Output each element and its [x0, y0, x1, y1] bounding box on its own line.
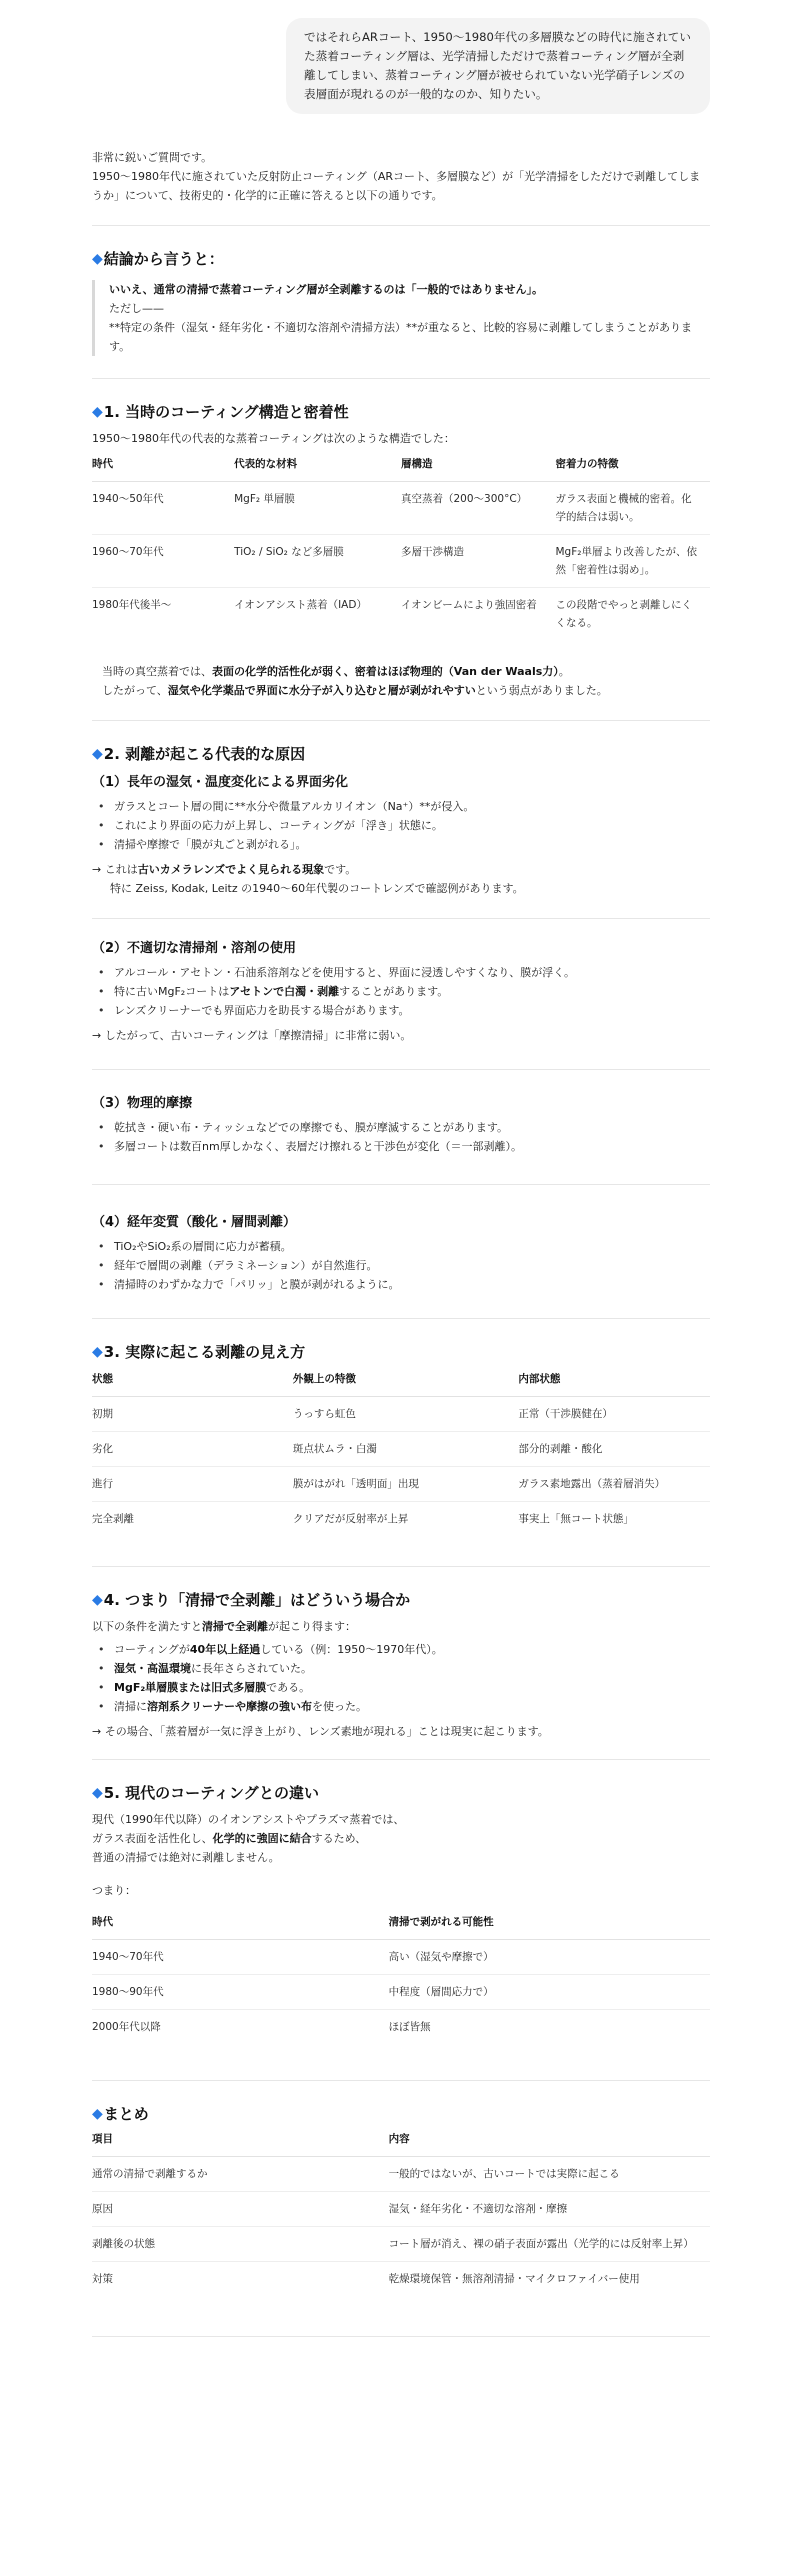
diamond-icon: ◆	[92, 1782, 103, 1804]
cause-1-arrow: → これは古いカメラレンズでよく見られる現象です。	[92, 860, 710, 879]
summary-section: ◆ まとめ 項目 内容 通常の清掃で剥離するか一般的ではないが、古いコートでは実…	[92, 2103, 710, 2296]
user-message-row: ではそれらARコート、1950〜1980年代の多層膜などの時代に施されていた蒸着…	[0, 18, 792, 114]
section-heading: ◆ 5. 現代のコーティングとの違い	[92, 1782, 710, 1804]
table-row: 完全剥離クリアだが反射率が上昇事実上「無コート状態」	[92, 1502, 710, 1537]
table-row: 1980年代後半〜 イオンアシスト蒸着（IAD） イオンビームにより強固密着 こ…	[92, 588, 710, 641]
list-item: 乾拭き・硬い布・ティッシュなどでの摩擦でも、膜が摩滅することがあります。	[92, 1118, 710, 1137]
cause-3-list: 乾拭き・硬い布・ティッシュなどでの摩擦でも、膜が摩滅することがあります。 多層コ…	[92, 1118, 710, 1156]
divider	[92, 720, 710, 721]
section-1-notes: 当時の真空蒸着では、表面の化学的活性化が弱く、密着はほぼ物理的（Van der …	[92, 662, 710, 700]
table-row: 対策乾燥環境保管・無溶剤清掃・マイクロファイバー使用	[92, 2262, 710, 2297]
table-row: 進行膜がはがれ「透明面」出現ガラス素地露出（蒸着層消失）	[92, 1467, 710, 1502]
list-item: これにより界面の応力が上昇し、コーティングが「浮き」状態に。	[92, 816, 710, 835]
user-message-bubble: ではそれらARコート、1950〜1980年代の多層膜などの時代に施されていた蒸着…	[286, 18, 710, 114]
section-2: ◆ 2. 剥離が起こる代表的な原因 （1）長年の湿気・温度変化による界面劣化 ガ…	[92, 743, 710, 1294]
section-5-line-1: 現代（1990年代以降）のイオンアシストやプラズマ蒸着では、	[92, 1810, 710, 1829]
section-1-note-1: 当時の真空蒸着では、表面の化学的活性化が弱く、密着はほぼ物理的（Van der …	[102, 662, 710, 681]
conditions-list: コーティングが40年以上経過している（例：1950〜1970年代）。 湿気・高温…	[92, 1640, 710, 1716]
intro-line-2: 1950〜1980年代に施されていた反射防止コーティング（ARコート、多層膜など…	[92, 167, 710, 205]
section-heading: ◆ まとめ	[92, 2103, 710, 2125]
list-item: MgF₂単層膜または旧式多層膜である。	[92, 1678, 710, 1697]
table-row: 剥離後の状態コート層が消え、裸の硝子表面が露出（光学的には反射率上昇）	[92, 2227, 710, 2262]
table-row: 2000年代以降ほぼ皆無	[92, 2010, 710, 2045]
divider	[92, 1318, 710, 1319]
divider	[92, 225, 710, 226]
divider	[92, 918, 710, 919]
diamond-icon: ◆	[92, 401, 103, 423]
summary-table: 項目 内容 通常の清掃で剥離するか一般的ではないが、古いコートでは実際に起こる …	[92, 2127, 710, 2296]
subsection-heading: （3）物理的摩擦	[92, 1094, 710, 1114]
diamond-icon: ◆	[92, 743, 103, 765]
table-row: 劣化斑点状ムラ・白濁部分的剥離・酸化	[92, 1432, 710, 1467]
subsection-heading: （2）不適切な清掃剤・溶剤の使用	[92, 939, 710, 959]
table-row: 1960〜70年代 TiO₂ / SiO₂ など多層膜 多層干渉構造 MgF₂単…	[92, 535, 710, 588]
conclusion-line-3: **特定の条件（湿気・経年劣化・不適切な溶剤や清掃方法）**が重なると、比較的容…	[109, 318, 710, 356]
conclusion-blockquote: いいえ、通常の清掃で蒸着コーティング層が全剥離するのは「一般的ではありません」。…	[92, 280, 710, 356]
section-5-lead: つまり：	[92, 1881, 710, 1900]
section-heading: ◆ 4. つまり「清掃で全剥離」はどういう場合か	[92, 1589, 710, 1611]
section-1: ◆ 1. 当時のコーティング構造と密着性 1950〜1980年代の代表的な蒸着コ…	[92, 401, 710, 700]
section-1-lead: 1950〜1980年代の代表的な蒸着コーティングは次のような構造でした：	[92, 429, 710, 448]
cause-1-note: 特に Zeiss, Kodak, Leitz の1940〜60年代製のコートレン…	[92, 879, 710, 898]
section-heading: ◆ 2. 剥離が起こる代表的な原因	[92, 743, 710, 765]
divider	[92, 2336, 710, 2337]
diamond-icon: ◆	[92, 248, 103, 270]
era-comparison-table: 時代 清掃で剥がれる可能性 1940〜70年代高い（湿気や摩擦で） 1980〜9…	[92, 1910, 710, 2044]
section-5-line-3: 普通の清掃では絶対に剥離しません。	[92, 1848, 710, 1867]
section-1-note-2: したがって、湿気や化学薬品で界面に水分子が入り込むと層が剥がれやすいという弱点が…	[102, 681, 710, 700]
table-row: 1940〜50年代 MgF₂ 単層膜 真空蒸着（200〜300°C） ガラス表面…	[92, 482, 710, 535]
section-4-lead: 以下の条件を満たすと清掃で全剥離が起こり得ます：	[92, 1617, 710, 1636]
list-item: レンズクリーナーでも界面応力を助長する場合があります。	[92, 1001, 710, 1020]
divider	[92, 1184, 710, 1185]
subsection-heading: （1）長年の湿気・温度変化による界面劣化	[92, 773, 710, 793]
section-heading: ◆ 結論から言うと：	[92, 248, 710, 270]
list-item: 特に古いMgF₂コートはアセトンで白濁・剥離することがあります。	[92, 982, 710, 1001]
cause-2-arrow: → したがって、古いコーティングは「摩擦清掃」に非常に弱い。	[92, 1026, 710, 1045]
table-row: 原因湿気・経年劣化・不適切な溶剤・摩擦	[92, 2192, 710, 2227]
list-item: 清掃時のわずかな力で「パリッ」と膜が剥がれるように。	[92, 1275, 710, 1294]
divider	[92, 378, 710, 379]
section-4-arrow: → その場合、「蒸着層が一気に浮き上がり、レンズ素地が現れる」ことは現実に起こり…	[92, 1722, 710, 1741]
section-4: ◆ 4. つまり「清掃で全剥離」はどういう場合か 以下の条件を満たすと清掃で全剥…	[92, 1589, 710, 1741]
diamond-icon: ◆	[92, 1341, 103, 1363]
list-item: 清掃や摩擦で「膜が丸ごと剥がれる」。	[92, 835, 710, 854]
list-item: 多層コートは数百nm厚しかなく、表層だけ擦れると干渉色が変化（＝一部剥離）。	[92, 1137, 710, 1156]
section-3: ◆ 3. 実際に起こる剥離の見え方 状態 外観上の特徴 内部状態 初期うっすら虹…	[92, 1341, 710, 1536]
list-item: TiO₂やSiO₂系の層間に応力が蓄積。	[92, 1237, 710, 1256]
list-item: 湿気・高温環境に長年さらされていた。	[92, 1659, 710, 1678]
assistant-answer: 非常に鋭いご質問です。 1950〜1980年代に施されていた反射防止コーティング…	[92, 148, 710, 2337]
section-heading: ◆ 3. 実際に起こる剥離の見え方	[92, 1341, 710, 1363]
list-item: アルコール・アセトン・石油系溶剤などを使用すると、界面に浸透しやすくなり、膜が浮…	[92, 963, 710, 982]
divider	[92, 1566, 710, 1567]
section-heading: ◆ 1. 当時のコーティング構造と密着性	[92, 401, 710, 423]
divider	[92, 2080, 710, 2081]
conclusion-section: ◆ 結論から言うと： いいえ、通常の清掃で蒸着コーティング層が全剥離するのは「一…	[92, 248, 710, 356]
list-item: 清掃に溶剤系クリーナーや摩擦の強い布を使った。	[92, 1697, 710, 1716]
table-row: 1940〜70年代高い（湿気や摩擦で）	[92, 1940, 710, 1975]
table-row: 1980〜90年代中程度（層間応力で）	[92, 1975, 710, 2010]
coating-structure-table: 時代 代表的な材料 層構造 密着力の特徴 1940〜50年代 MgF₂ 単層膜 …	[92, 452, 710, 640]
table-row: 通常の清掃で剥離するか一般的ではないが、古いコートでは実際に起こる	[92, 2157, 710, 2192]
peeling-appearance-table: 状態 外観上の特徴 内部状態 初期うっすら虹色正常（干渉膜健在） 劣化斑点状ムラ…	[92, 1367, 710, 1536]
section-5: ◆ 5. 現代のコーティングとの違い 現代（1990年代以降）のイオンアシストや…	[92, 1782, 710, 2044]
divider	[92, 1759, 710, 1760]
diamond-icon: ◆	[92, 2103, 103, 2125]
divider	[92, 1069, 710, 1070]
cause-2-list: アルコール・アセトン・石油系溶剤などを使用すると、界面に浸透しやすくなり、膜が浮…	[92, 963, 710, 1020]
subsection-heading: （4）経年変質（酸化・層間剥離）	[92, 1213, 710, 1233]
table-row: 初期うっすら虹色正常（干渉膜健在）	[92, 1397, 710, 1432]
conclusion-bold-line: いいえ、通常の清掃で蒸着コーティング層が全剥離するのは「一般的ではありません」。	[109, 283, 543, 296]
section-5-line-2: ガラス表面を活性化し、化学的に強固に結合するため、	[92, 1829, 710, 1848]
list-item: コーティングが40年以上経過している（例：1950〜1970年代）。	[92, 1640, 710, 1659]
intro-line-1: 非常に鋭いご質問です。	[92, 148, 710, 167]
list-item: ガラスとコート層の間に**水分や微量アルカリイオン（Na⁺）**が侵入。	[92, 797, 710, 816]
conclusion-line-2: ただし——	[109, 299, 710, 318]
list-item: 経年で層間の剥離（デラミネーション）が自然進行。	[92, 1256, 710, 1275]
cause-1-list: ガラスとコート層の間に**水分や微量アルカリイオン（Na⁺）**が侵入。 これに…	[92, 797, 710, 854]
cause-4-list: TiO₂やSiO₂系の層間に応力が蓄積。 経年で層間の剥離（デラミネーション）が…	[92, 1237, 710, 1294]
diamond-icon: ◆	[92, 1589, 103, 1611]
